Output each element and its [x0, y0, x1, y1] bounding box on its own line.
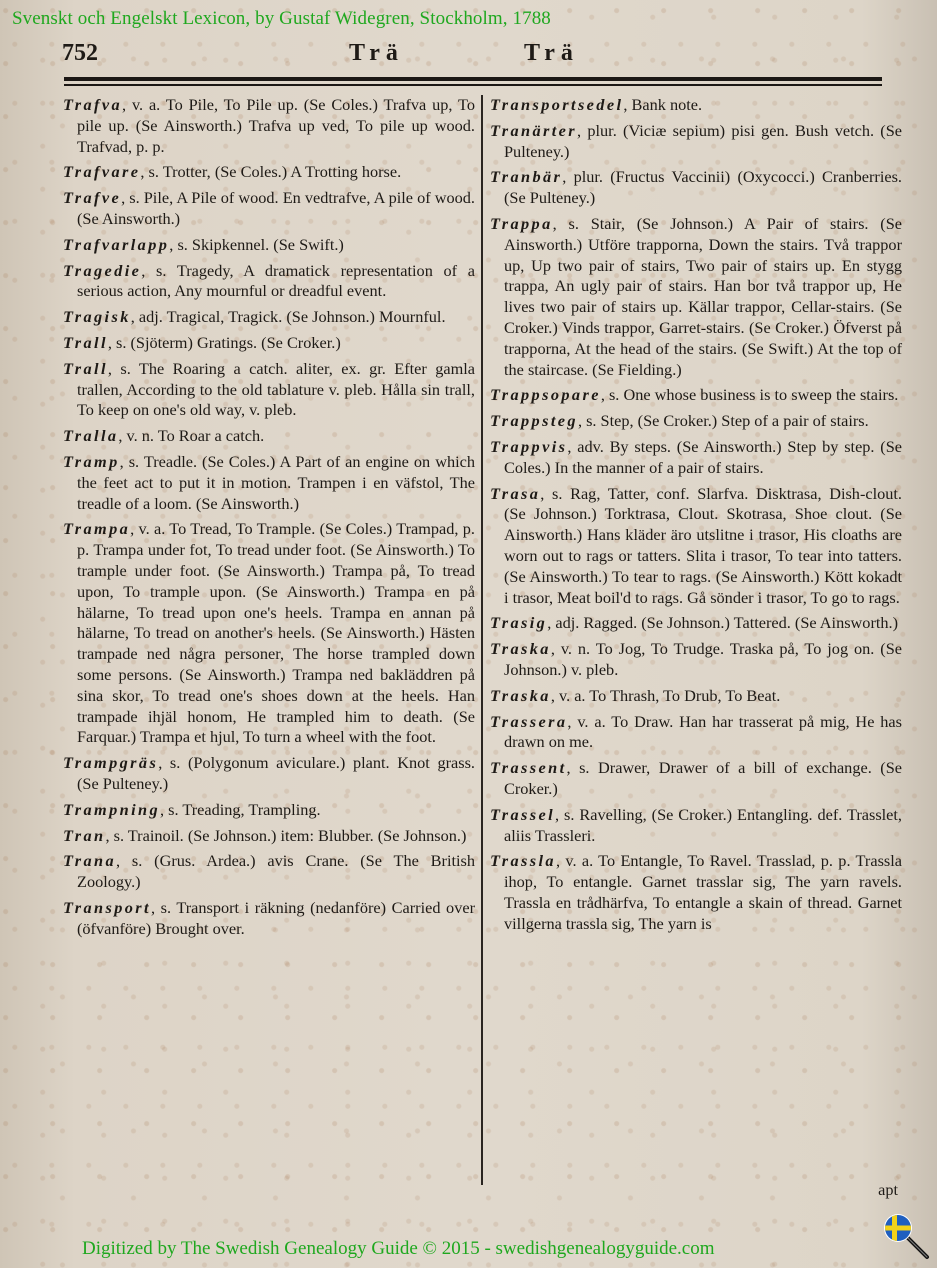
- entry-definition: , v. n. To Jog, To Trudge. Traska på, To…: [504, 639, 902, 679]
- entry-definition: , s. One whose business is to sweep the …: [601, 385, 899, 404]
- entry-definition: , s. Stair, (Se Johnson.) A Pair of stai…: [504, 214, 902, 379]
- entry-headword: Tranärter: [490, 121, 577, 140]
- entry-headword: Traska: [490, 639, 551, 658]
- dictionary-entry: Trasa, s. Rag, Tatter, conf. Slarfva. Di…: [490, 484, 902, 609]
- dictionary-entry: Tramp, s. Treadle. (Se Coles.) A Part of…: [63, 452, 475, 514]
- entry-headword: Tralla: [63, 426, 118, 445]
- entry-headword: Tragisk: [63, 307, 131, 326]
- dictionary-entry: Trafvarlapp, s. Skipkennel. (Se Swift.): [63, 235, 475, 256]
- dictionary-entry: Trafve, s. Pile, A Pile of wood. En vedt…: [63, 188, 475, 230]
- entry-headword: Trappsopare: [490, 385, 601, 404]
- dictionary-entry: Trappvis, adv. By steps. (Se Ainsworth.)…: [490, 437, 902, 479]
- dictionary-entry: Trafva, v. a. To Pile, To Pile up. (Se C…: [63, 95, 475, 157]
- entry-definition: , s. Trotter, (Se Coles.) A Trotting hor…: [140, 162, 401, 181]
- entry-definition: , s. (Grus. Ardea.) avis Crane. (Se The …: [77, 851, 475, 891]
- entry-definition: , s. Trainoil. (Se Johnson.) item: Blubb…: [105, 826, 466, 845]
- swedish-flag-magnifier-icon[interactable]: [882, 1212, 932, 1262]
- dictionary-entry: Tragisk, adj. Tragical, Tragick. (Se Joh…: [63, 307, 475, 328]
- running-head-right-word: Trä: [524, 40, 579, 67]
- running-head-left-word: Trä: [349, 40, 404, 67]
- entry-definition: , plur. (Fructus Vaccinii) (Oxycocci.) C…: [504, 167, 902, 207]
- dictionary-entry: Trassent, s. Drawer, Drawer of a bill of…: [490, 758, 902, 800]
- dictionary-entry: Trampa, v. a. To Tread, To Trample. (Se …: [63, 519, 475, 748]
- entry-headword: Trappsteg: [490, 411, 578, 430]
- dictionary-entry: Trampgräs, s. (Polygonum aviculare.) pla…: [63, 753, 475, 795]
- left-column: Trafva, v. a. To Pile, To Pile up. (Se C…: [63, 95, 475, 944]
- dictionary-entry: Trappsteg, s. Step, (Se Croker.) Step of…: [490, 411, 902, 432]
- entry-definition: , s. Treading, Trampling.: [160, 800, 321, 819]
- dictionary-entry: Tran, s. Trainoil. (Se Johnson.) item: B…: [63, 826, 475, 847]
- entry-headword: Trana: [63, 851, 116, 870]
- entry-definition: , s. Ravelling, (Se Croker.) Entangling.…: [504, 805, 902, 845]
- entry-definition: , v. n. To Roar a catch.: [118, 426, 264, 445]
- entry-definition: , s. Skipkennel. (Se Swift.): [169, 235, 344, 254]
- entry-headword: Tranbär: [490, 167, 562, 186]
- right-column: Transportsedel, Bank note.Tranärter, plu…: [490, 95, 902, 939]
- running-head: 752 Trä Trä: [62, 38, 882, 68]
- entry-headword: Tramp: [63, 452, 120, 471]
- entry-definition: , s. The Roaring a catch. aliter, ex. gr…: [77, 359, 475, 420]
- entry-headword: Transport: [63, 898, 151, 917]
- entry-headword: Trassera: [490, 712, 567, 731]
- entry-definition: , v. a. To Entangle, To Ravel. Trasslad,…: [504, 851, 902, 932]
- entry-headword: Trasa: [490, 484, 540, 503]
- dictionary-entry: Trassel, s. Ravelling, (Se Croker.) Enta…: [490, 805, 902, 847]
- dictionary-entry: Trafvare, s. Trotter, (Se Coles.) A Trot…: [63, 162, 475, 183]
- entry-definition: , Bank note.: [623, 95, 702, 114]
- dictionary-entry: Trampning, s. Treading, Trampling.: [63, 800, 475, 821]
- entry-headword: Trall: [63, 359, 108, 378]
- entry-headword: Trassel: [490, 805, 555, 824]
- entry-headword: Trampgräs: [63, 753, 158, 772]
- dictionary-entry: Trassera, v. a. To Draw. Han har trasser…: [490, 712, 902, 754]
- entry-headword: Trasig: [490, 613, 547, 632]
- dictionary-entry: Trappa, s. Stair, (Se Johnson.) A Pair o…: [490, 214, 902, 380]
- entry-definition: , s. Step, (Se Croker.) Step of a pair o…: [578, 411, 869, 430]
- dictionary-entry: Tranärter, plur. (Viciæ sepium) pisi gen…: [490, 121, 902, 163]
- entry-definition: , s. Treadle. (Se Coles.) A Part of an e…: [77, 452, 475, 513]
- entry-headword: Trafva: [63, 95, 122, 114]
- dictionary-entry: Trall, s. (Sjöterm) Gratings. (Se Croker…: [63, 333, 475, 354]
- dictionary-entry: Trappsopare, s. One whose business is to…: [490, 385, 902, 406]
- entry-headword: Tran: [63, 826, 105, 845]
- entry-headword: Tragedie: [63, 261, 141, 280]
- column-divider: [481, 95, 483, 1185]
- entry-headword: Trafve: [63, 188, 121, 207]
- catchword: apt: [878, 1180, 898, 1200]
- entry-definition: , adj. Tragical, Tragick. (Se Johnson.) …: [131, 307, 446, 326]
- dictionary-entry: Tragedie, s. Tragedy, A dramatick repres…: [63, 261, 475, 303]
- digitization-credit: Digitized by The Swedish Genealogy Guide…: [82, 1238, 715, 1260]
- entry-definition: , s. Pile, A Pile of wood. En vedtrafve,…: [77, 188, 475, 228]
- entry-headword: Trassent: [490, 758, 567, 777]
- page-number: 752: [62, 40, 98, 67]
- entry-headword: Trampning: [63, 800, 160, 819]
- entry-definition: , s. (Sjöterm) Gratings. (Se Croker.): [108, 333, 341, 352]
- entry-headword: Trappvis: [490, 437, 567, 456]
- dictionary-entry: Transport, s. Transport i räkning (nedan…: [63, 898, 475, 940]
- dictionary-columns: Trafva, v. a. To Pile, To Pile up. (Se C…: [63, 95, 898, 1205]
- dictionary-entry: Traska, v. a. To Thrash, To Drub, To Bea…: [490, 686, 902, 707]
- entry-definition: , adj. Ragged. (Se Johnson.) Tattered. (…: [547, 613, 898, 632]
- dictionary-entry: Trall, s. The Roaring a catch. aliter, e…: [63, 359, 475, 421]
- dictionary-entry: Tranbär, plur. (Fructus Vaccinii) (Oxyco…: [490, 167, 902, 209]
- collection-title-banner: Svenskt och Engelskt Lexicon, by Gustaf …: [12, 8, 551, 30]
- entry-headword: Trafvarlapp: [63, 235, 169, 254]
- entry-headword: Trappa: [490, 214, 553, 233]
- dictionary-entry: Trana, s. (Grus. Ardea.) avis Crane. (Se…: [63, 851, 475, 893]
- entry-headword: Traska: [490, 686, 551, 705]
- dictionary-entry: Traska, v. n. To Jog, To Trudge. Traska …: [490, 639, 902, 681]
- entry-headword: Trassla: [490, 851, 556, 870]
- entry-definition: , s. Rag, Tatter, conf. Slarfva. Disktra…: [504, 484, 902, 607]
- entry-definition: , v. a. To Pile, To Pile up. (Se Coles.)…: [77, 95, 475, 156]
- dictionary-entry: Trassla, v. a. To Entangle, To Ravel. Tr…: [490, 851, 902, 934]
- entry-headword: Trampa: [63, 519, 130, 538]
- dictionary-entry: Tralla, v. n. To Roar a catch.: [63, 426, 475, 447]
- entry-definition: , v. a. To Tread, To Trample. (Se Coles.…: [77, 519, 475, 746]
- entry-definition: , v. a. To Thrash, To Drub, To Beat.: [551, 686, 780, 705]
- entry-headword: Trall: [63, 333, 108, 352]
- entry-headword: Transportsedel: [490, 95, 623, 114]
- dictionary-entry: Transportsedel, Bank note.: [490, 95, 902, 116]
- dictionary-entry: Trasig, adj. Ragged. (Se Johnson.) Tatte…: [490, 613, 902, 634]
- header-double-rule: [64, 77, 882, 86]
- entry-headword: Trafvare: [63, 162, 140, 181]
